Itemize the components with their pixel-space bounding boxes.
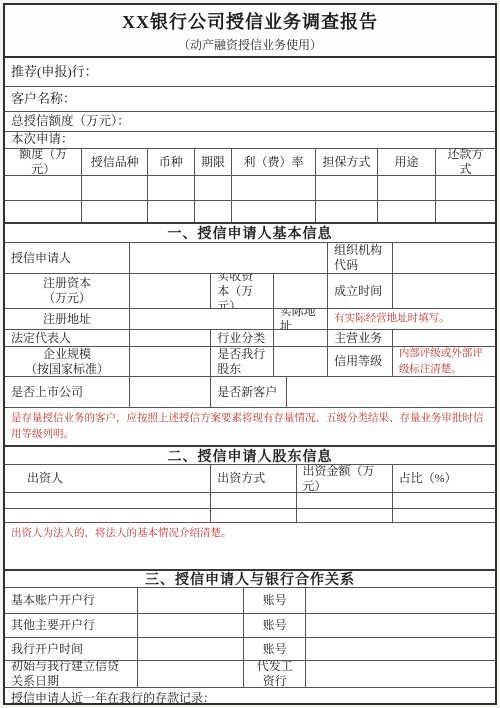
bank-relation-row: 初始与我行建立信贷 关系日期 代发工 资行 [5, 660, 495, 687]
total-credit-label: 总授信额度（万元）： [5, 112, 495, 131]
main-business-value-cell [392, 330, 495, 346]
applicant-value-cell [129, 243, 327, 273]
col-header-share-percent: 占比（%） [392, 465, 495, 492]
registered-address-label: 注册地址 [5, 309, 129, 329]
empty-cell [435, 201, 495, 222]
initial-credit-date-label: 初始与我行建立信贷 关系日期 [5, 661, 137, 687]
empty-cell [315, 201, 378, 222]
empty-cell [5, 176, 81, 200]
org-code-label: 组织机构 代码 [327, 243, 392, 273]
industry-value-cell [273, 330, 327, 346]
intro-row: 总授信额度（万元）： [5, 111, 495, 131]
col-header-repayment: 还款方式 [435, 149, 495, 175]
empty-cell [194, 201, 232, 222]
our-bank-open-date-label: 我行开户时间 [5, 638, 137, 660]
founded-date-value-cell [392, 274, 495, 308]
legal-rep-label: 法定代表人 [5, 330, 129, 346]
industry-label: 行业分类 [210, 330, 272, 346]
other-bank-value-cell [137, 614, 243, 637]
col-header-guarantee: 担保方式 [315, 149, 378, 175]
registered-capital-value-cell [129, 274, 210, 308]
empty-cell [296, 509, 392, 522]
empty-cell [5, 493, 210, 508]
account-number-label: 账号 [243, 638, 305, 660]
is-new-customer-label: 是否新客户 [210, 377, 285, 407]
empty-cell [392, 509, 495, 522]
empty-cell [296, 493, 392, 508]
empty-cell [231, 176, 314, 200]
recommend-branch-label: 推荐(申报)行： [5, 58, 495, 86]
report-header: XX银行公司授信业务调查报告 （动产融资授信业务使用） [5, 5, 495, 58]
our-bank-open-date-value-cell [137, 638, 243, 660]
empty-cell [81, 201, 147, 222]
account-number-value-cell [305, 638, 495, 660]
credit-rating-note: 内部评级或外部评级标注清楚。 [392, 347, 495, 376]
credit-table-empty-row [5, 200, 495, 222]
empty-cell [377, 176, 434, 200]
is-shareholder-value-cell [273, 347, 327, 376]
col-header-currency: 币种 [147, 149, 194, 175]
credit-table-header-row: 额度（万元） 授信品种 币种 期限 利（费）率 担保方式 用途 还款方式 [5, 148, 495, 175]
capital-row: 注册资本 （万元） 实收资 本（万元） 成立时间 [5, 273, 495, 308]
payroll-bank-label: 代发工 资行 [243, 661, 305, 687]
col-header-purpose: 用途 [377, 149, 434, 175]
is-shareholder-label: 是否我行 股东 [210, 347, 272, 376]
initial-credit-date-value-cell [137, 661, 243, 687]
col-header-investment-method: 出资方式 [210, 465, 295, 492]
actual-address-note: 有实际经营地址时填写。 [327, 309, 495, 329]
col-header-term: 期限 [194, 149, 232, 175]
shareholder-empty-row [5, 492, 495, 508]
col-header-rate: 利（费）率 [231, 149, 314, 175]
applicant-row: 授信申请人 组织机构 代码 [5, 242, 495, 273]
registered-capital-label: 注册资本 （万元） [5, 274, 129, 308]
is-listed-label: 是否上市公司 [5, 377, 129, 407]
enterprise-scale-label: 企业规模 （按国家标准） [5, 347, 129, 376]
deposit-record-label: 授信申请人近一年在我行的存款记录： [5, 688, 495, 705]
empty-cell [194, 176, 232, 200]
address-row: 注册地址 实际地址 有实际经营地址时填写。 [5, 308, 495, 329]
intro-row: 本次申请： [5, 131, 495, 148]
shareholder-header-row: 出资人 出资方式 出资金额（万元） 占比（%） [5, 464, 495, 492]
account-number-label: 账号 [243, 588, 305, 613]
empty-cell [377, 201, 434, 222]
main-business-label: 主营业务 [327, 330, 392, 346]
deposit-record-row: 授信申请人近一年在我行的存款记录： [5, 687, 495, 705]
other-bank-label: 其他主要开户行 [5, 614, 137, 637]
empty-cell [147, 176, 194, 200]
legal-rep-value-cell [129, 330, 210, 346]
bank-relation-row: 基本账户开户行 账号 [5, 587, 495, 613]
empty-cell [315, 176, 378, 200]
intro-row: 客户名称： [5, 86, 495, 111]
is-new-customer-value-cell [286, 377, 495, 407]
paid-capital-label: 实收资 本（万元） [210, 274, 272, 308]
bank-relation-row: 其他主要开户行 账号 [5, 613, 495, 637]
section2-heading: 二、授信申请人股东信息 [5, 445, 495, 464]
enterprise-scale-value-cell [129, 347, 210, 376]
page-subtitle: （动产融资授信业务使用） [178, 36, 322, 53]
stock-business-note: 是存量授信业务的客户，应按照上述授信方案要素将现有存量情况、五级分类结果、存量业… [5, 408, 495, 445]
founded-date-label: 成立时间 [327, 274, 392, 308]
page-title: XX银行公司授信业务调查报告 [122, 8, 378, 34]
col-header-credit-type: 授信品种 [81, 149, 147, 175]
applicant-label: 授信申请人 [5, 243, 129, 273]
bank-relation-row: 我行开户时间 账号 [5, 637, 495, 660]
account-number-label: 账号 [243, 614, 305, 637]
actual-address-label: 实际地址 [273, 309, 327, 329]
account-number-value-cell [305, 614, 495, 637]
empty-cell [81, 176, 147, 200]
basic-account-bank-label: 基本账户开户行 [5, 588, 137, 613]
intro-row: 推荐(申报)行： [5, 58, 495, 86]
empty-cell [435, 176, 495, 200]
registered-address-value-cell [129, 309, 273, 329]
account-number-value-cell [305, 588, 495, 613]
customer-name-label: 客户名称： [5, 87, 495, 111]
empty-cell [5, 509, 210, 522]
section3-heading: 三、授信申请人与银行合作关系 [5, 569, 495, 587]
report-page: XX银行公司授信业务调查报告 （动产融资授信业务使用） 推荐(申报)行： 客户名… [3, 3, 497, 705]
scale-row: 企业规模 （按国家标准） 是否我行 股东 信用等级 内部评级或外部评级标注清楚。 [5, 346, 495, 376]
payroll-bank-value-cell [305, 661, 495, 687]
org-code-value-cell [392, 243, 495, 273]
shareholder-note-row: 出资人为法人的，将法人的基本情况介绍清楚。 [5, 522, 495, 569]
empty-cell [392, 493, 495, 508]
col-header-amount: 额度（万元） [5, 149, 81, 175]
empty-cell [147, 201, 194, 222]
paid-capital-value-cell [273, 274, 327, 308]
empty-cell [210, 509, 295, 522]
col-header-investment-amount: 出资金额（万元） [296, 465, 392, 492]
listed-row: 是否上市公司 是否新客户 [5, 376, 495, 407]
section1-heading: 一、授信申请人基本信息 [5, 222, 495, 242]
credit-rating-label: 信用等级 [327, 347, 392, 376]
empty-cell [5, 201, 81, 222]
stock-note-row: 是存量授信业务的客户，应按照上述授信方案要素将现有存量情况、五级分类结果、存量业… [5, 407, 495, 445]
empty-cell [231, 201, 314, 222]
credit-table-empty-row [5, 175, 495, 200]
col-header-investor: 出资人 [5, 465, 210, 492]
legal-rep-row: 法定代表人 行业分类 主营业务 [5, 329, 495, 346]
empty-cell [210, 493, 295, 508]
current-application-label: 本次申请： [5, 132, 495, 148]
is-listed-value-cell [129, 377, 210, 407]
basic-account-bank-value-cell [137, 588, 243, 613]
shareholder-empty-row [5, 508, 495, 522]
investor-legal-person-note: 出资人为法人的，将法人的基本情况介绍清楚。 [5, 523, 495, 569]
